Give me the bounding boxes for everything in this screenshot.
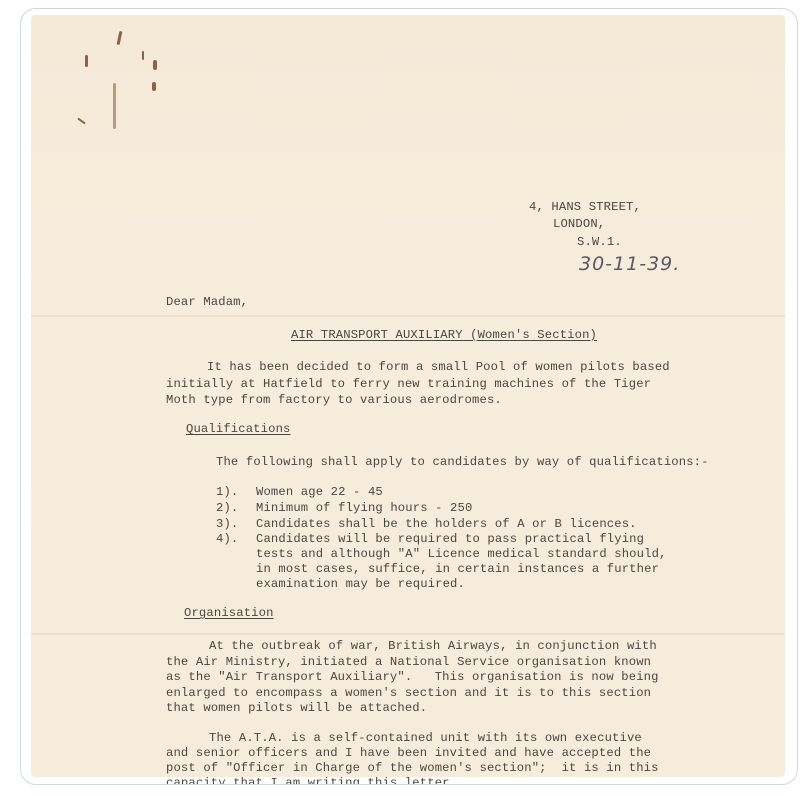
intro-line: Moth type from factory to various aerodr… <box>166 393 502 407</box>
list-number: 3). <box>216 517 238 531</box>
paper-fold <box>31 315 785 317</box>
ink-mark <box>117 31 123 45</box>
intro-line: initially at Hatfield to ferry new train… <box>166 377 651 391</box>
ink-mark <box>77 118 86 125</box>
ink-mark <box>142 51 144 60</box>
organisation-line: post of "Officer in Charge of the women'… <box>166 761 659 775</box>
list-number: 1). <box>216 485 238 499</box>
ink-mark <box>153 60 157 70</box>
organisation-line: that women pilots will be attached. <box>166 701 427 715</box>
list-item: in most cases, suffice, in certain insta… <box>256 562 659 576</box>
list-item: tests and although "A" Licence medical s… <box>256 547 667 561</box>
intro-line: It has been decided to form a small Pool… <box>207 360 670 374</box>
letter-title: AIR TRANSPORT AUXILIARY (Women's Section… <box>291 328 597 342</box>
address-line: S.W.1. <box>577 235 622 249</box>
list-number: 4). <box>216 532 238 546</box>
list-item: Women age 22 - 45 <box>256 485 383 499</box>
organisation-heading: Organisation <box>184 606 274 620</box>
list-item: Candidates shall be the holders of A or … <box>256 517 637 531</box>
typewritten-letter: 4, HANS STREET, LONDON, S.W.1. 30-11-39.… <box>31 15 785 777</box>
list-item: examination may be required. <box>256 577 465 591</box>
organisation-line: At the outbreak of war, British Airways,… <box>209 639 657 653</box>
address-line: LONDON, <box>553 217 605 231</box>
qualifications-lead: The following shall apply to candidates … <box>216 455 709 469</box>
qualifications-heading: Qualifications <box>186 422 291 436</box>
handwritten-date: 30-11-39. <box>579 253 680 275</box>
organisation-line: the Air Ministry, initiated a National S… <box>166 655 651 669</box>
ink-mark <box>113 83 116 129</box>
address-line: 4, HANS STREET, <box>529 200 641 214</box>
organisation-line: and senior officers and I have been invi… <box>166 746 651 760</box>
document-image-card[interactable]: 4, HANS STREET, LONDON, S.W.1. 30-11-39.… <box>20 8 798 785</box>
list-item: Candidates will be required to pass prac… <box>256 532 644 546</box>
organisation-line: enlarged to encompass a women's section … <box>166 686 651 700</box>
organisation-line: as the "Air Transport Auxiliary". This o… <box>166 670 659 684</box>
paper-fold <box>31 633 785 635</box>
organisation-line: The A.T.A. is a self-contained unit with… <box>209 731 642 745</box>
ink-mark <box>152 82 156 91</box>
list-item: Minimum of flying hours - 250 <box>256 501 472 515</box>
organisation-line: capacity that I am writing this letter <box>166 776 450 785</box>
ink-mark <box>85 55 88 67</box>
salutation: Dear Madam, <box>166 295 248 309</box>
list-number: 2). <box>216 501 238 515</box>
